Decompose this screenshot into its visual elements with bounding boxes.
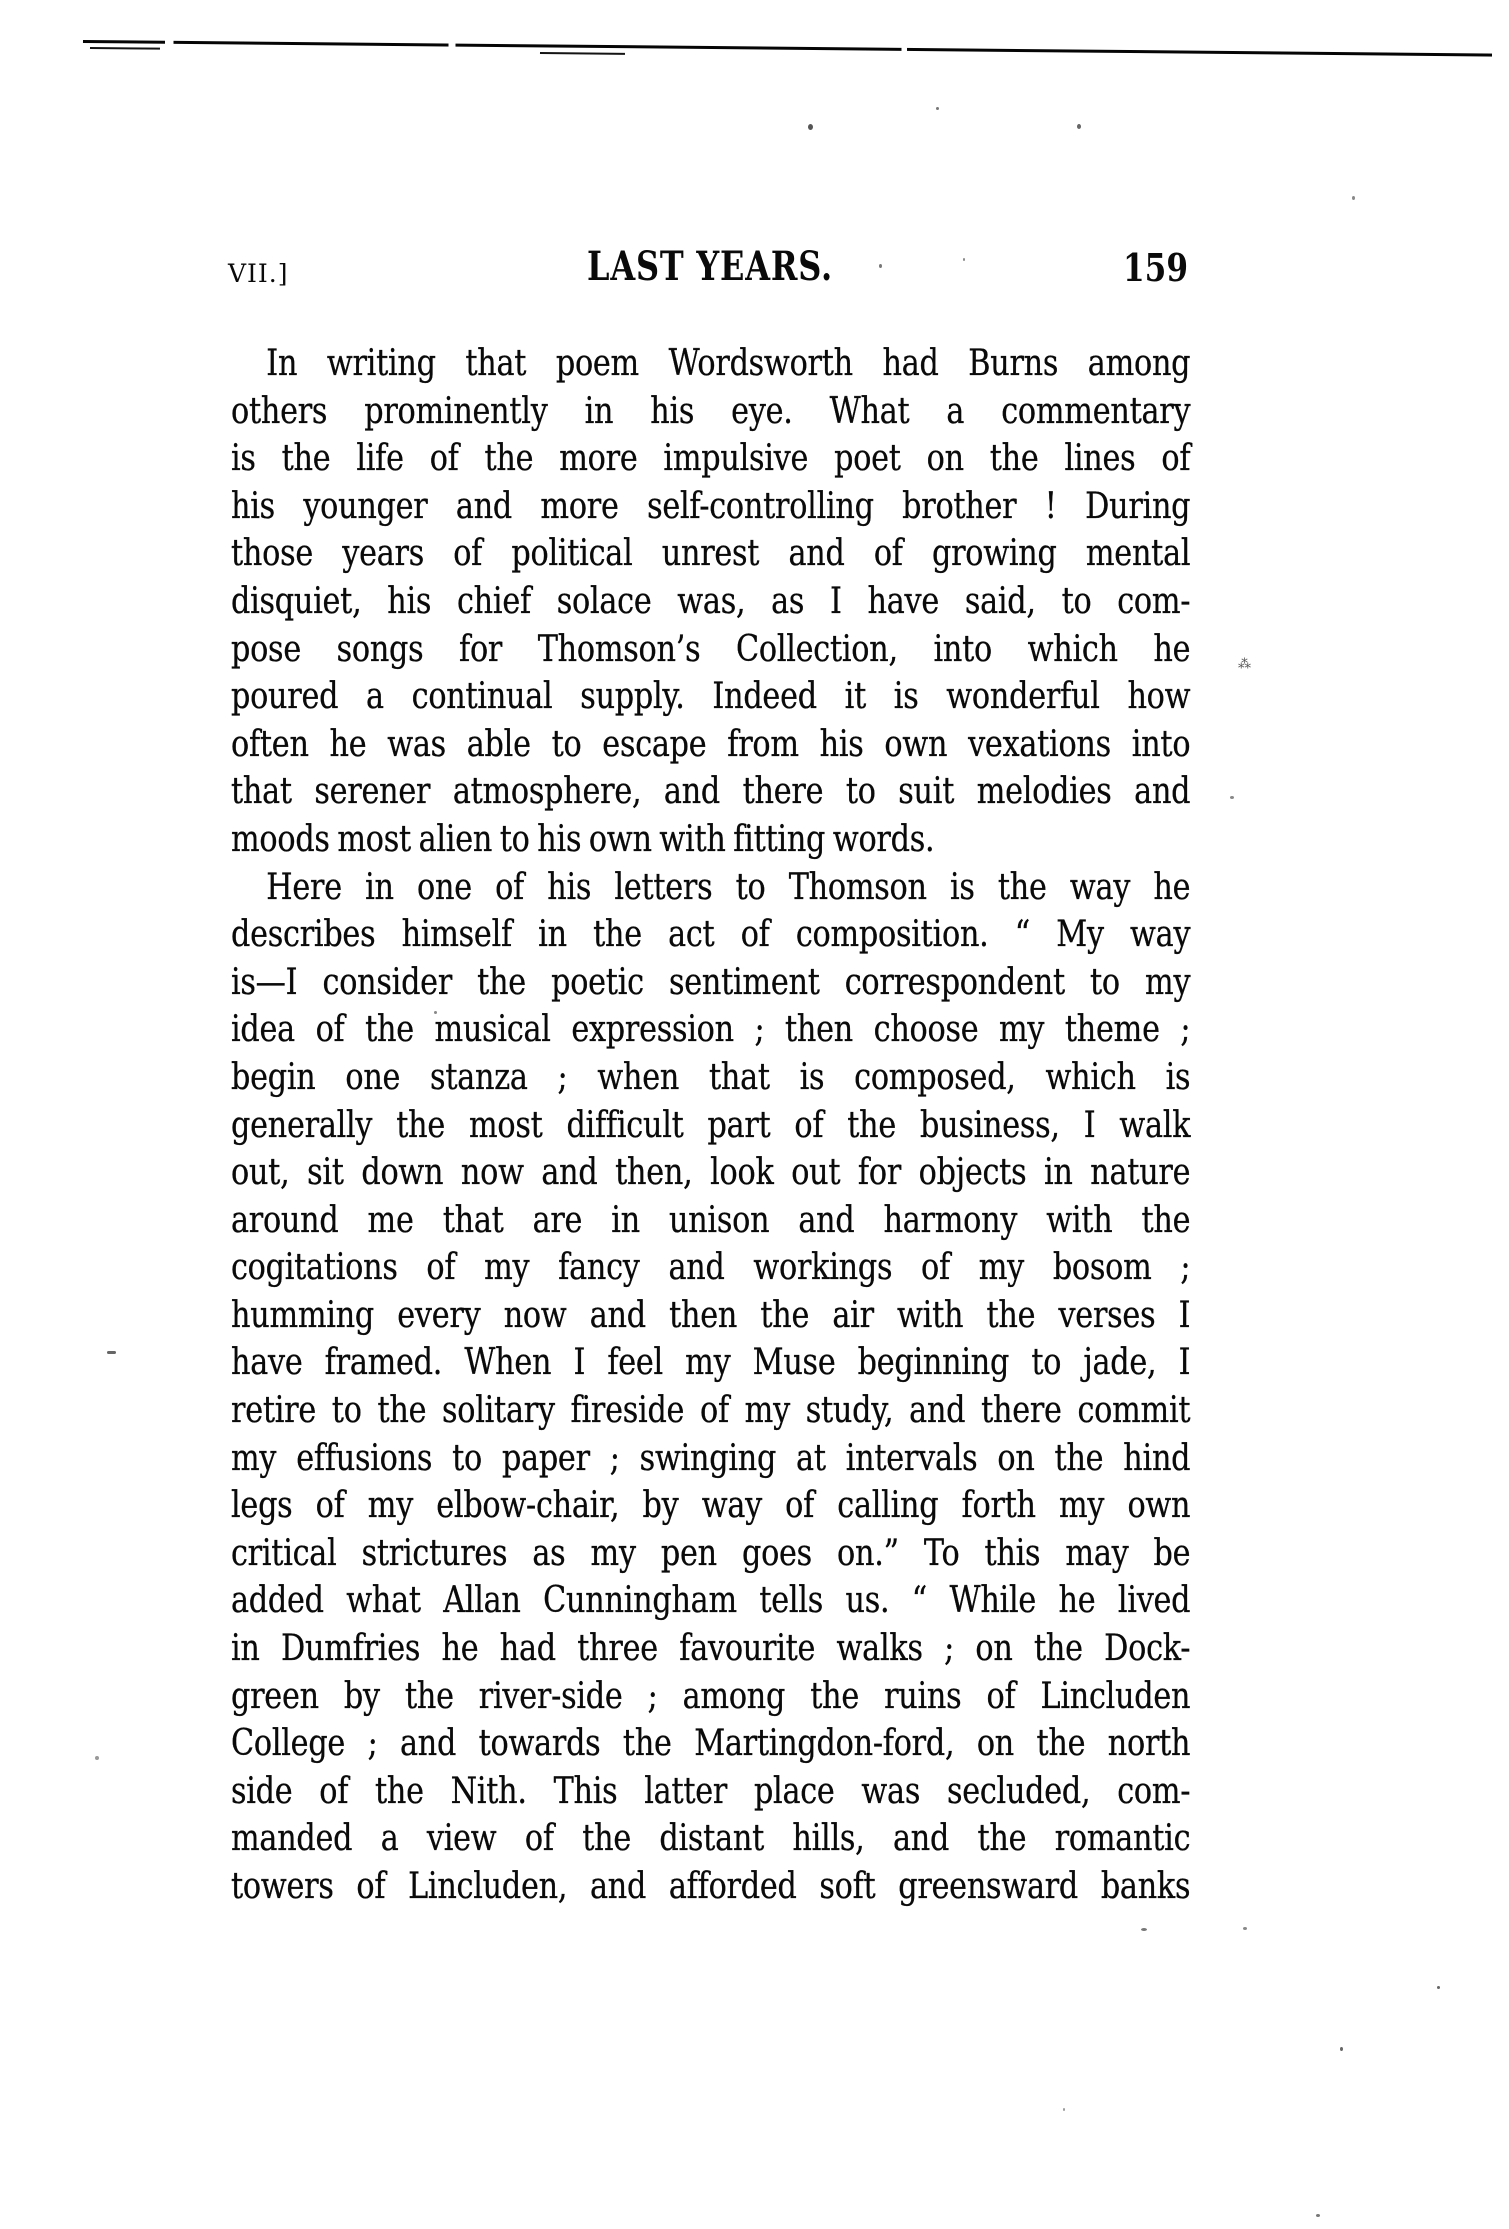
text-line: legs of my elbow-chair, by way of callin…	[231, 1482, 1190, 1530]
text-line: pose songs for Thomson’s Collection, int…	[231, 626, 1190, 674]
text-line: Here in one of his letters to Thomson is…	[231, 864, 1190, 912]
text-line: often he was able to escape from his own…	[231, 721, 1190, 769]
text-line: critical strictures as my pen goes on.” …	[231, 1530, 1190, 1578]
scan-speck	[434, 1011, 437, 1014]
text-line: humming every now and then the air with …	[231, 1292, 1190, 1340]
text-line: moods most alien to his own with fitting…	[231, 816, 1190, 864]
paragraph-2: Here in one of his letters to Thomson is…	[231, 864, 1190, 1911]
scan-speck	[1141, 1928, 1147, 1931]
scan-speck	[1243, 1927, 1247, 1930]
text-line: those years of political unrest and of g…	[231, 530, 1190, 578]
text-line: manded a view of the distant hills, and …	[231, 1815, 1190, 1863]
text-line: poured a continual supply. Indeed it is …	[231, 673, 1190, 721]
text-line: describes himself in the act of composit…	[231, 911, 1190, 959]
top-rule-fragment	[540, 52, 625, 55]
text-line: that serener atmosphere, and there to su…	[231, 768, 1190, 816]
text-line: have framed. When I feel my Muse beginni…	[231, 1339, 1190, 1387]
chapter-marker: VII.]	[228, 261, 289, 286]
top-rule-fragment	[90, 47, 160, 50]
margin-mark: ⁂	[1238, 658, 1250, 671]
scan-speck	[107, 1351, 116, 1354]
text-line: begin one stanza ; when that is composed…	[231, 1054, 1190, 1102]
scan-speck	[808, 124, 813, 130]
text-line: cogitations of my fancy and workings of …	[231, 1244, 1190, 1292]
text-line: College ; and towards the Martingdon-for…	[231, 1720, 1190, 1768]
text-line: my effusions to paper ; swinging at inte…	[231, 1435, 1190, 1483]
text-line: In writing that poem Wordsworth had Burn…	[231, 340, 1190, 388]
book-page-scan: VII.] LAST YEARS. 159 In writing that po…	[0, 0, 1509, 2229]
scan-speck	[1352, 196, 1355, 200]
text-line: towers of Lincluden, and afforded soft g…	[231, 1863, 1190, 1911]
top-rule	[83, 40, 1499, 57]
scan-speck	[963, 258, 965, 261]
text-line: others prominently in his eye. What a co…	[231, 388, 1190, 436]
text-line: idea of the musical expression ; then ch…	[231, 1006, 1190, 1054]
running-header: VII.] LAST YEARS. 159	[0, 247, 1509, 287]
scan-speck	[1437, 1986, 1440, 1989]
scan-speck	[936, 107, 939, 110]
scan-speck	[95, 1756, 99, 1760]
text-line: is the life of the more impulsive poet o…	[231, 435, 1190, 483]
text-line: in Dumfries he had three favourite walks…	[231, 1625, 1190, 1673]
scan-speck	[1316, 2214, 1320, 2217]
scan-speck	[1230, 796, 1234, 799]
text-line: is—I consider the poetic sentiment corre…	[231, 959, 1190, 1007]
scan-speck	[879, 264, 882, 268]
text-line: disquiet, his chief solace was, as I hav…	[231, 578, 1190, 626]
text-line: out, sit down now and then, look out for…	[231, 1149, 1190, 1197]
text-line: his younger and more self-controlling br…	[231, 483, 1190, 531]
text-line: around me that are in unison and harmony…	[231, 1197, 1190, 1245]
running-title: LAST YEARS.	[587, 247, 833, 287]
text-line: side of the Nith. This latter place was …	[231, 1768, 1190, 1816]
text-line: generally the most difficult part of the…	[231, 1102, 1190, 1150]
paragraph-1: In writing that poem Wordsworth had Burn…	[231, 340, 1190, 864]
body-text: In writing that poem Wordsworth had Burn…	[231, 340, 1190, 1911]
scan-speck	[1340, 2047, 1343, 2051]
text-line: green by the river-side ; among the ruin…	[231, 1673, 1190, 1721]
text-line: added what Allan Cunningham tells us. “ …	[231, 1577, 1190, 1625]
text-line: retire to the solitary fireside of my st…	[231, 1387, 1190, 1435]
scan-speck	[1063, 2108, 1065, 2111]
scan-speck	[1077, 124, 1081, 129]
page-number: 159	[1122, 249, 1188, 287]
